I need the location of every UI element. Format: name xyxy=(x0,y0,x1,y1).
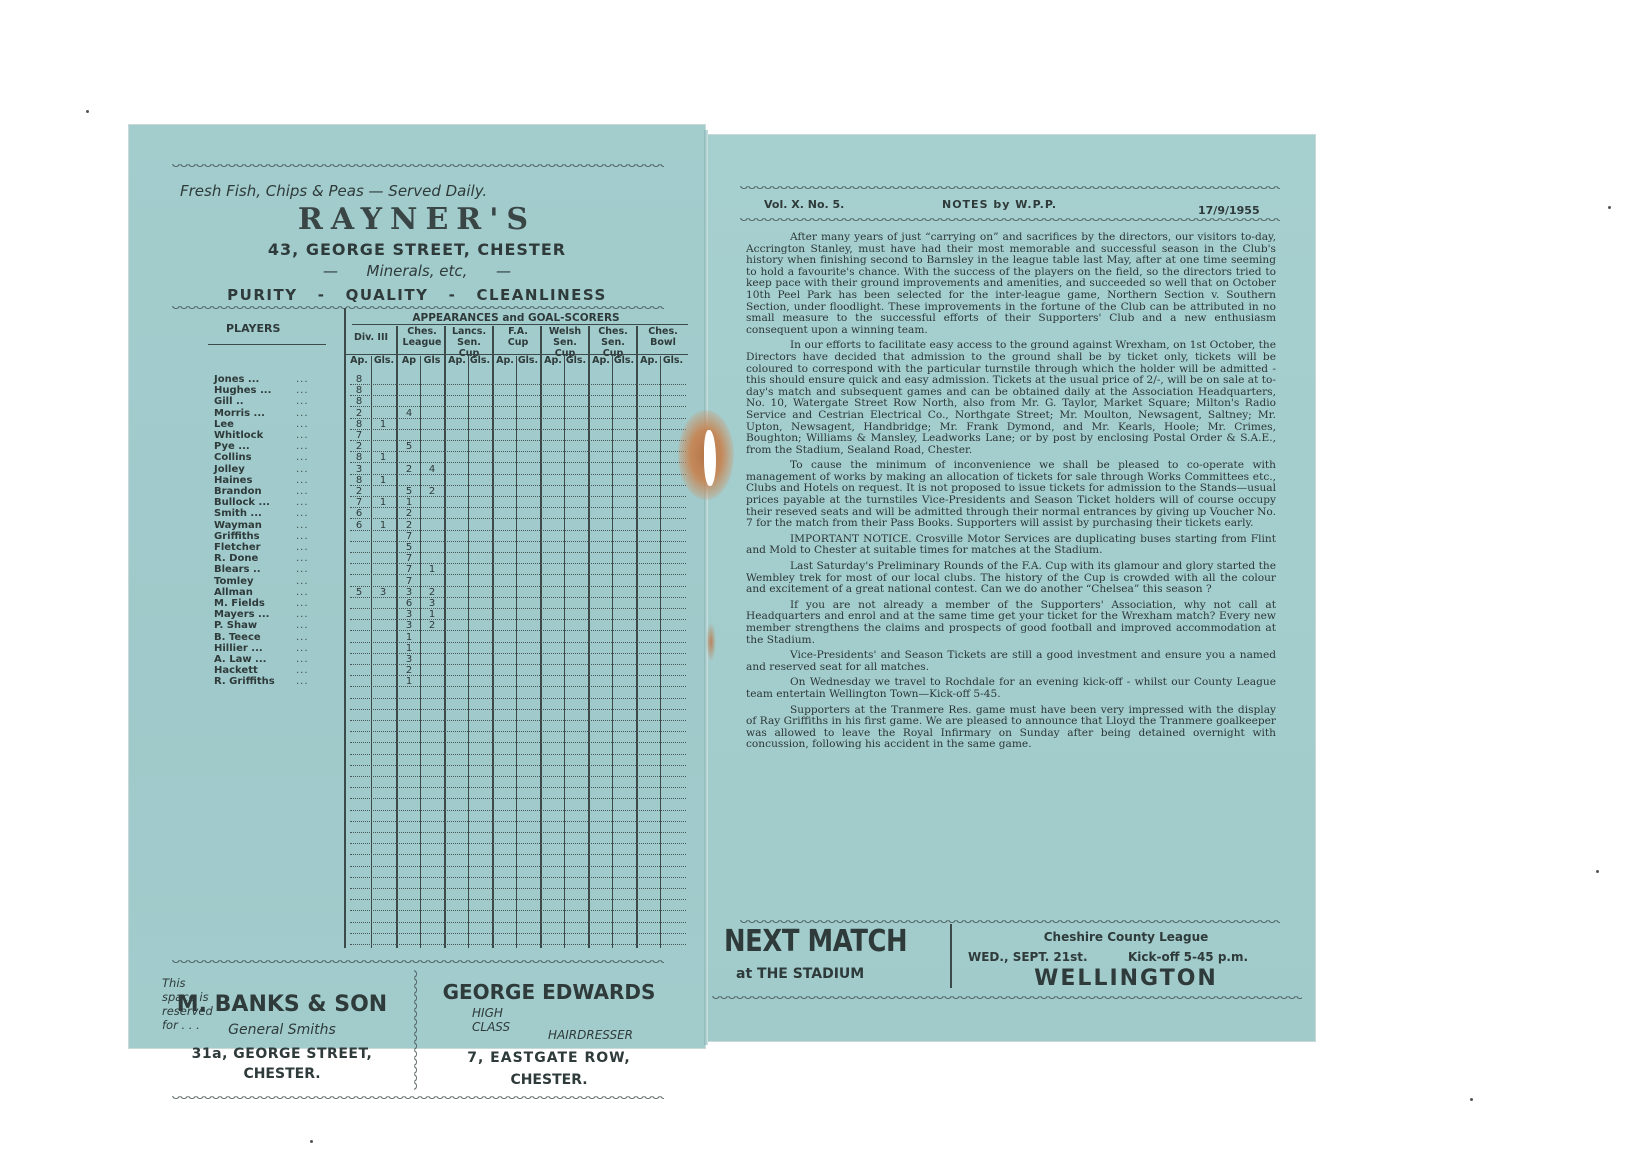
dotted-guide xyxy=(350,429,686,430)
dotted-guide xyxy=(350,440,686,441)
player-name: Pye ... xyxy=(214,441,250,452)
rust-stain xyxy=(706,622,716,662)
dotted-guide xyxy=(350,563,686,564)
player-name: Mayers ... xyxy=(214,609,269,620)
dust-speck xyxy=(1596,870,1599,873)
leader-dots: ... xyxy=(296,609,309,620)
player-name: Blears .. xyxy=(214,564,261,575)
divider xyxy=(208,344,326,345)
paragraph: In our efforts to facilitate easy access… xyxy=(746,340,1276,456)
leader-dots: ... xyxy=(296,564,309,575)
rayner-minerals: — Minerals, etc, — xyxy=(128,262,706,280)
player-name: B. Teece xyxy=(214,632,261,643)
edwards-address: 7, EASTGATE ROW, xyxy=(424,1050,674,1066)
next-match-venue: at THE STADIUM xyxy=(736,966,864,982)
dotted-guide xyxy=(350,395,686,396)
leader-dots: ... xyxy=(296,497,309,508)
paragraph: Vice-Presidents' and Season Tickets are … xyxy=(746,650,1276,673)
dotted-guide xyxy=(350,496,686,497)
leader-dots: ... xyxy=(296,542,309,553)
player-name: P. Shaw xyxy=(214,620,257,631)
player-name: Jolley xyxy=(214,464,245,475)
player-name: Smith ... xyxy=(214,508,262,519)
sub-gls: Gls xyxy=(421,355,443,366)
leader-dots: ... xyxy=(296,452,309,463)
dotted-guide xyxy=(350,574,686,575)
leader-dots: ... xyxy=(296,385,309,396)
leader-dots: ... xyxy=(296,654,309,665)
wavy-rule xyxy=(414,970,422,1090)
rayner-tagline: Fresh Fish, Chips & Peas — Served Daily. xyxy=(180,182,487,200)
edwards-city: CHESTER. xyxy=(424,1072,674,1088)
important-notice: IMPORTANT NOTICE. Crosville Motor Servic… xyxy=(746,534,1276,557)
dotted-guide xyxy=(350,642,686,643)
banks-city: CHESTER. xyxy=(162,1066,402,1082)
player-name: Bullock ... xyxy=(214,497,270,508)
sub-ap: Ap. xyxy=(494,355,516,366)
dotted-guide xyxy=(350,474,686,475)
dotted-guide xyxy=(350,899,686,900)
banks-trade: General Smiths xyxy=(162,1022,402,1038)
appearances-table: PLAYERS APPEARANCES and GOAL-SCORERS Div… xyxy=(168,308,688,948)
dotted-guide xyxy=(350,922,686,923)
next-match-kickoff: Kick-off 5-45 p.m. xyxy=(1128,950,1248,964)
player-name: Griffiths xyxy=(214,531,260,542)
sub-gls: Gls. xyxy=(517,355,539,366)
leader-dots: ... xyxy=(296,486,309,497)
player-name: R. Done xyxy=(214,553,258,564)
wavy-rule xyxy=(740,218,1280,226)
dotted-guide xyxy=(350,507,686,508)
sub-gls: Gls. xyxy=(565,355,587,366)
dotted-guide xyxy=(350,698,686,699)
dust-speck xyxy=(310,1140,313,1143)
dotted-guide xyxy=(350,776,686,777)
dotted-guide xyxy=(350,944,686,945)
dotted-guide xyxy=(350,518,686,519)
sub-gls: Gls. xyxy=(372,355,396,366)
paragraph: After many years of just “carrying on” a… xyxy=(746,232,1276,336)
appearances-header: APPEARANCES and GOAL-SCORERS xyxy=(344,312,688,324)
players-header: PLAYERS xyxy=(226,322,280,335)
dotted-guide xyxy=(350,731,686,732)
dotted-guide xyxy=(350,586,686,587)
paragraph: On Wednesday we travel to Rochdale for a… xyxy=(746,677,1276,700)
dotted-guide xyxy=(350,787,686,788)
dotted-guide xyxy=(350,630,686,631)
wavy-rule xyxy=(712,996,1302,1004)
player-name: Hackett xyxy=(214,665,258,676)
player-name: Morris ... xyxy=(214,408,265,419)
sub-ap: Ap. xyxy=(590,355,612,366)
leader-dots: ... xyxy=(296,396,309,407)
volume-number: Vol. X. No. 5. xyxy=(764,198,844,211)
wavy-rule xyxy=(740,186,1280,194)
dotted-guide xyxy=(350,653,686,654)
paragraph: To cause the minimum of inconvenience we… xyxy=(746,460,1276,530)
dotted-guide xyxy=(350,854,686,855)
player-name: M. Fields xyxy=(214,598,265,609)
dotted-guide xyxy=(350,709,686,710)
dust-speck xyxy=(1470,1098,1473,1101)
sub-ap: Ap. xyxy=(542,355,564,366)
banks-name: M. BANKS & SON xyxy=(162,992,402,1017)
notes-title: NOTES by W.P.P. xyxy=(942,198,1057,211)
player-name: Jones ... xyxy=(214,374,259,385)
leader-dots: ... xyxy=(296,676,309,687)
dotted-guide xyxy=(350,406,686,407)
player-name: Hillier ... xyxy=(214,643,263,654)
leader-dots: ... xyxy=(296,441,309,452)
dotted-guide xyxy=(350,418,686,419)
dotted-guide xyxy=(350,933,686,934)
dotted-guide xyxy=(350,798,686,799)
comp-div3: Div. III xyxy=(346,332,396,343)
paragraph: Supporters at the Tranmere Res. game mus… xyxy=(746,705,1276,751)
sub-ap: Ap xyxy=(398,355,420,366)
leader-dots: ... xyxy=(296,419,309,430)
leader-dots: ... xyxy=(296,576,309,587)
sub-gls: Gls. xyxy=(613,355,635,366)
dotted-guide xyxy=(350,686,686,687)
player-name: A. Law ... xyxy=(214,654,266,665)
dotted-guide xyxy=(350,530,686,531)
edwards-trade: HAIRDRESSER xyxy=(548,1028,633,1042)
next-match-date: WED., SEPT. 21st. xyxy=(968,950,1088,964)
wavy-rule xyxy=(172,164,664,172)
leader-dots: ... xyxy=(296,508,309,519)
divider xyxy=(352,324,688,325)
sub-gls: Gls. xyxy=(661,355,685,366)
dotted-guide xyxy=(350,451,686,452)
center-fold xyxy=(704,130,708,1045)
paragraph: If you are not already a member of the S… xyxy=(746,600,1276,646)
issue-date: 17/9/1955 xyxy=(1198,204,1260,217)
dotted-guide xyxy=(350,619,686,620)
left-page: Fresh Fish, Chips & Peas — Served Daily.… xyxy=(128,124,706,1049)
player-name: Haines xyxy=(214,475,252,486)
leader-dots: ... xyxy=(296,665,309,676)
next-match-opponent: WELLINGTON xyxy=(956,966,1296,991)
dotted-guide xyxy=(350,866,686,867)
leader-dots: ... xyxy=(296,632,309,643)
dotted-guide xyxy=(350,877,686,878)
dotted-guide xyxy=(350,720,686,721)
leader-dots: ... xyxy=(296,598,309,609)
leader-dots: ... xyxy=(296,430,309,441)
banks-address: 31a, GEORGE STREET, xyxy=(162,1046,402,1062)
player-name: Gill .. xyxy=(214,396,244,407)
edwards-name: GEORGE EDWARDS xyxy=(424,980,674,1004)
dotted-guide xyxy=(350,888,686,889)
player-name: Collins xyxy=(214,452,252,463)
dotted-guide xyxy=(350,843,686,844)
player-name: Lee xyxy=(214,419,234,430)
dotted-guide xyxy=(350,597,686,598)
dotted-guide xyxy=(350,810,686,811)
right-page: Vol. X. No. 5. NOTES by W.P.P. 17/9/1955… xyxy=(706,134,1316,1042)
dotted-guide xyxy=(350,608,686,609)
notes-body: After many years of just “carrying on” a… xyxy=(746,232,1276,755)
sub-ap: Ap. xyxy=(638,355,660,366)
dust-speck xyxy=(86,110,89,113)
dotted-guide xyxy=(350,384,686,385)
dotted-guide xyxy=(350,742,686,743)
player-name: Wayman xyxy=(214,520,262,531)
dotted-guide xyxy=(350,765,686,766)
dotted-guide xyxy=(350,541,686,542)
rayner-slogan: PURITY - QUALITY - CLEANLINESS xyxy=(128,286,706,304)
leader-dots: ... xyxy=(296,475,309,486)
dotted-guide xyxy=(350,664,686,665)
player-name: Tomley xyxy=(214,576,254,587)
dotted-guide xyxy=(350,552,686,553)
player-name: R. Griffiths xyxy=(214,676,275,687)
dust-speck xyxy=(1608,206,1611,209)
leader-dots: ... xyxy=(296,520,309,531)
comp-fa-cup: F.A. Cup xyxy=(498,326,538,348)
sub-gls: Gls. xyxy=(469,355,491,366)
leader-dots: ... xyxy=(296,643,309,654)
dotted-guide xyxy=(350,821,686,822)
leader-dots: ... xyxy=(296,553,309,564)
sub-ap: Ap. xyxy=(348,355,370,366)
dotted-guide xyxy=(350,910,686,911)
player-name: Fletcher xyxy=(214,542,261,553)
leader-dots: ... xyxy=(296,620,309,631)
wavy-rule xyxy=(172,1096,664,1104)
dotted-guide xyxy=(350,462,686,463)
leader-dots: ... xyxy=(296,531,309,542)
rayner-address: 43, GEORGE STREET, CHESTER xyxy=(128,240,706,259)
player-name: Brandon xyxy=(214,486,262,497)
player-name: Allman xyxy=(214,587,253,598)
dotted-guide xyxy=(350,675,686,676)
leader-dots: ... xyxy=(296,374,309,385)
dotted-guide xyxy=(350,832,686,833)
wavy-rule xyxy=(172,960,664,968)
next-match-title: NEXT MATCH xyxy=(724,924,907,959)
player-name: Whitlock xyxy=(214,430,263,441)
leader-dots: ... xyxy=(296,587,309,598)
dotted-guide xyxy=(350,485,686,486)
dotted-guide xyxy=(350,754,686,755)
leader-dots: ... xyxy=(296,408,309,419)
player-name: Hughes ... xyxy=(214,385,271,396)
next-match-league: Cheshire County League xyxy=(956,930,1296,944)
rayner-name: RAYNER'S xyxy=(128,202,706,237)
paragraph: Last Saturday's Preliminary Rounds of th… xyxy=(746,561,1276,596)
divider xyxy=(950,924,952,988)
edwards-high-class: HIGH CLASS xyxy=(472,1006,510,1034)
comp-ches-league: Ches. League xyxy=(400,326,444,348)
comp-ches-bowl: Ches. Bowl xyxy=(640,326,686,348)
sub-ap: Ap. xyxy=(446,355,468,366)
leader-dots: ... xyxy=(296,464,309,475)
